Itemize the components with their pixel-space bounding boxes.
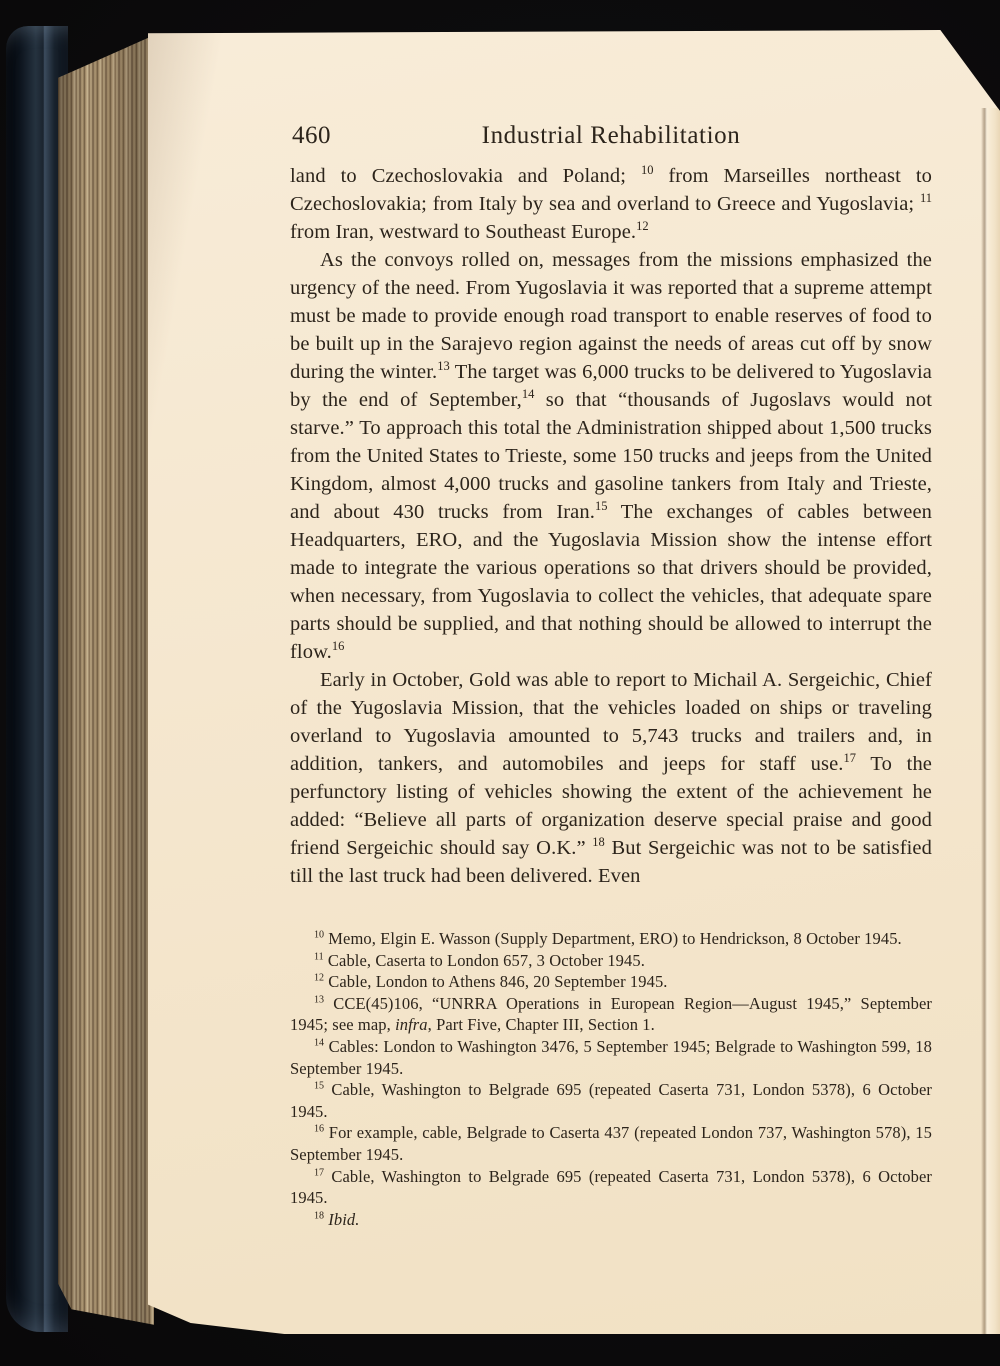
- footnote: 11 Cable, Caserta to London 657, 3 Octob…: [290, 950, 932, 972]
- footnote-number: 14: [314, 1037, 324, 1048]
- footnote-marker: 10: [641, 163, 654, 177]
- footnote-marker: 17: [844, 751, 857, 765]
- italic-text: infra: [395, 1015, 428, 1034]
- page-header: 460 Industrial Rehabilitation: [290, 122, 932, 154]
- running-head: Industrial Rehabilitation: [290, 122, 932, 150]
- footnote: 16 For example, cable, Belgrade to Caser…: [290, 1122, 932, 1165]
- footnote-marker: 16: [332, 639, 345, 653]
- book-page: 460 Industrial Rehabilitation land to Cz…: [148, 30, 1000, 1336]
- footnote-number: 12: [314, 973, 324, 984]
- footnote-number: 17: [314, 1167, 324, 1178]
- footnote-marker: 14: [522, 387, 535, 401]
- paragraph: land to Czechoslovakia and Poland; 10 fr…: [290, 162, 932, 246]
- footnote-marker: 18: [592, 835, 605, 849]
- footnote: 13 CCE(45)106, “UNRRA Operations in Euro…: [290, 993, 932, 1036]
- footnote: 14 Cables: London to Washington 3476, 5 …: [290, 1036, 932, 1079]
- footnote-number: 16: [314, 1124, 324, 1135]
- footnote-marker: 11: [920, 191, 932, 205]
- footnote: 15 Cable, Washington to Belgrade 695 (re…: [290, 1079, 932, 1122]
- footnote-marker: 12: [636, 219, 649, 233]
- paragraph: As the convoys rolled on, messages from …: [290, 246, 932, 666]
- footnote: 18 Ibid.: [290, 1209, 932, 1231]
- footnote-number: 15: [314, 1081, 324, 1092]
- footnotes-section: 10 Memo, Elgin E. Wasson (Supply Departm…: [290, 928, 932, 1230]
- footnote-number: 10: [314, 930, 324, 941]
- footnote-number: 11: [314, 951, 324, 962]
- footnote-number: 18: [314, 1210, 324, 1221]
- text-block: 460 Industrial Rehabilitation land to Cz…: [290, 122, 932, 1230]
- footnote: 10 Memo, Elgin E. Wasson (Supply Departm…: [290, 928, 932, 950]
- italic-text: Ibid.: [328, 1210, 359, 1229]
- footnote-marker: 15: [595, 499, 608, 513]
- body-text: land to Czechoslovakia and Poland; 10 fr…: [290, 162, 932, 890]
- footnote: 12 Cable, London to Athens 846, 20 Septe…: [290, 971, 932, 993]
- paragraph: Early in October, Gold was able to repor…: [290, 666, 932, 890]
- footnote-number: 13: [314, 994, 324, 1005]
- footnote: 17 Cable, Washington to Belgrade 695 (re…: [290, 1166, 932, 1209]
- facing-page-sliver: [987, 108, 1000, 1336]
- fanned-page-edges: [58, 34, 154, 1326]
- footnote-marker: 13: [437, 359, 450, 373]
